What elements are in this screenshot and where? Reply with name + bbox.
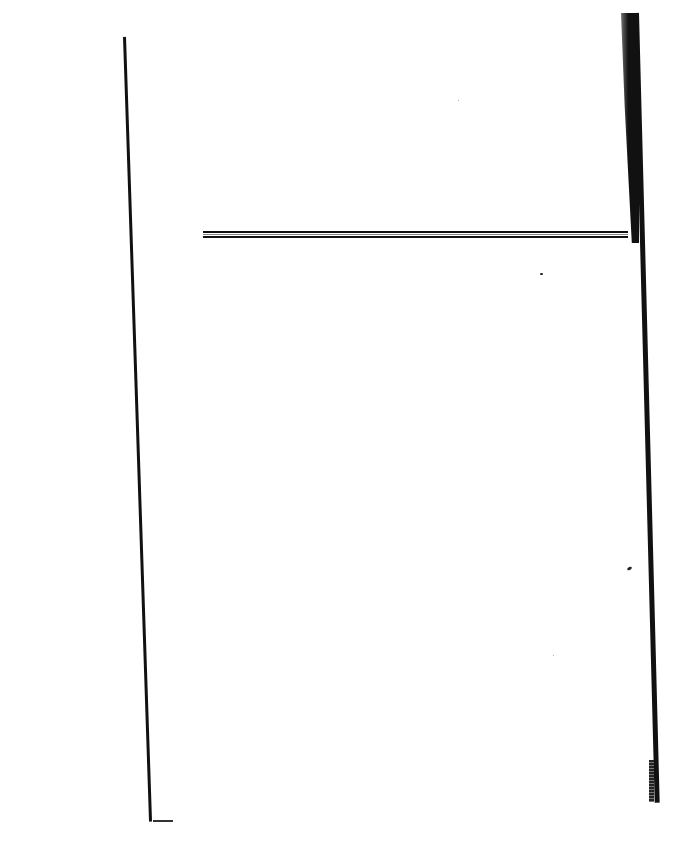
scan-speck [553, 655, 554, 656]
left-scan-edge-foot [153, 820, 173, 822]
scanned-page [0, 0, 679, 843]
left-scan-edge [123, 37, 152, 822]
horizontal-rule-center [203, 234, 628, 235]
scan-speck [540, 273, 543, 275]
scan-speck [627, 566, 633, 571]
right-scan-edge-bottom [649, 760, 654, 802]
right-scan-edge [634, 13, 660, 803]
scan-speck [458, 100, 459, 101]
